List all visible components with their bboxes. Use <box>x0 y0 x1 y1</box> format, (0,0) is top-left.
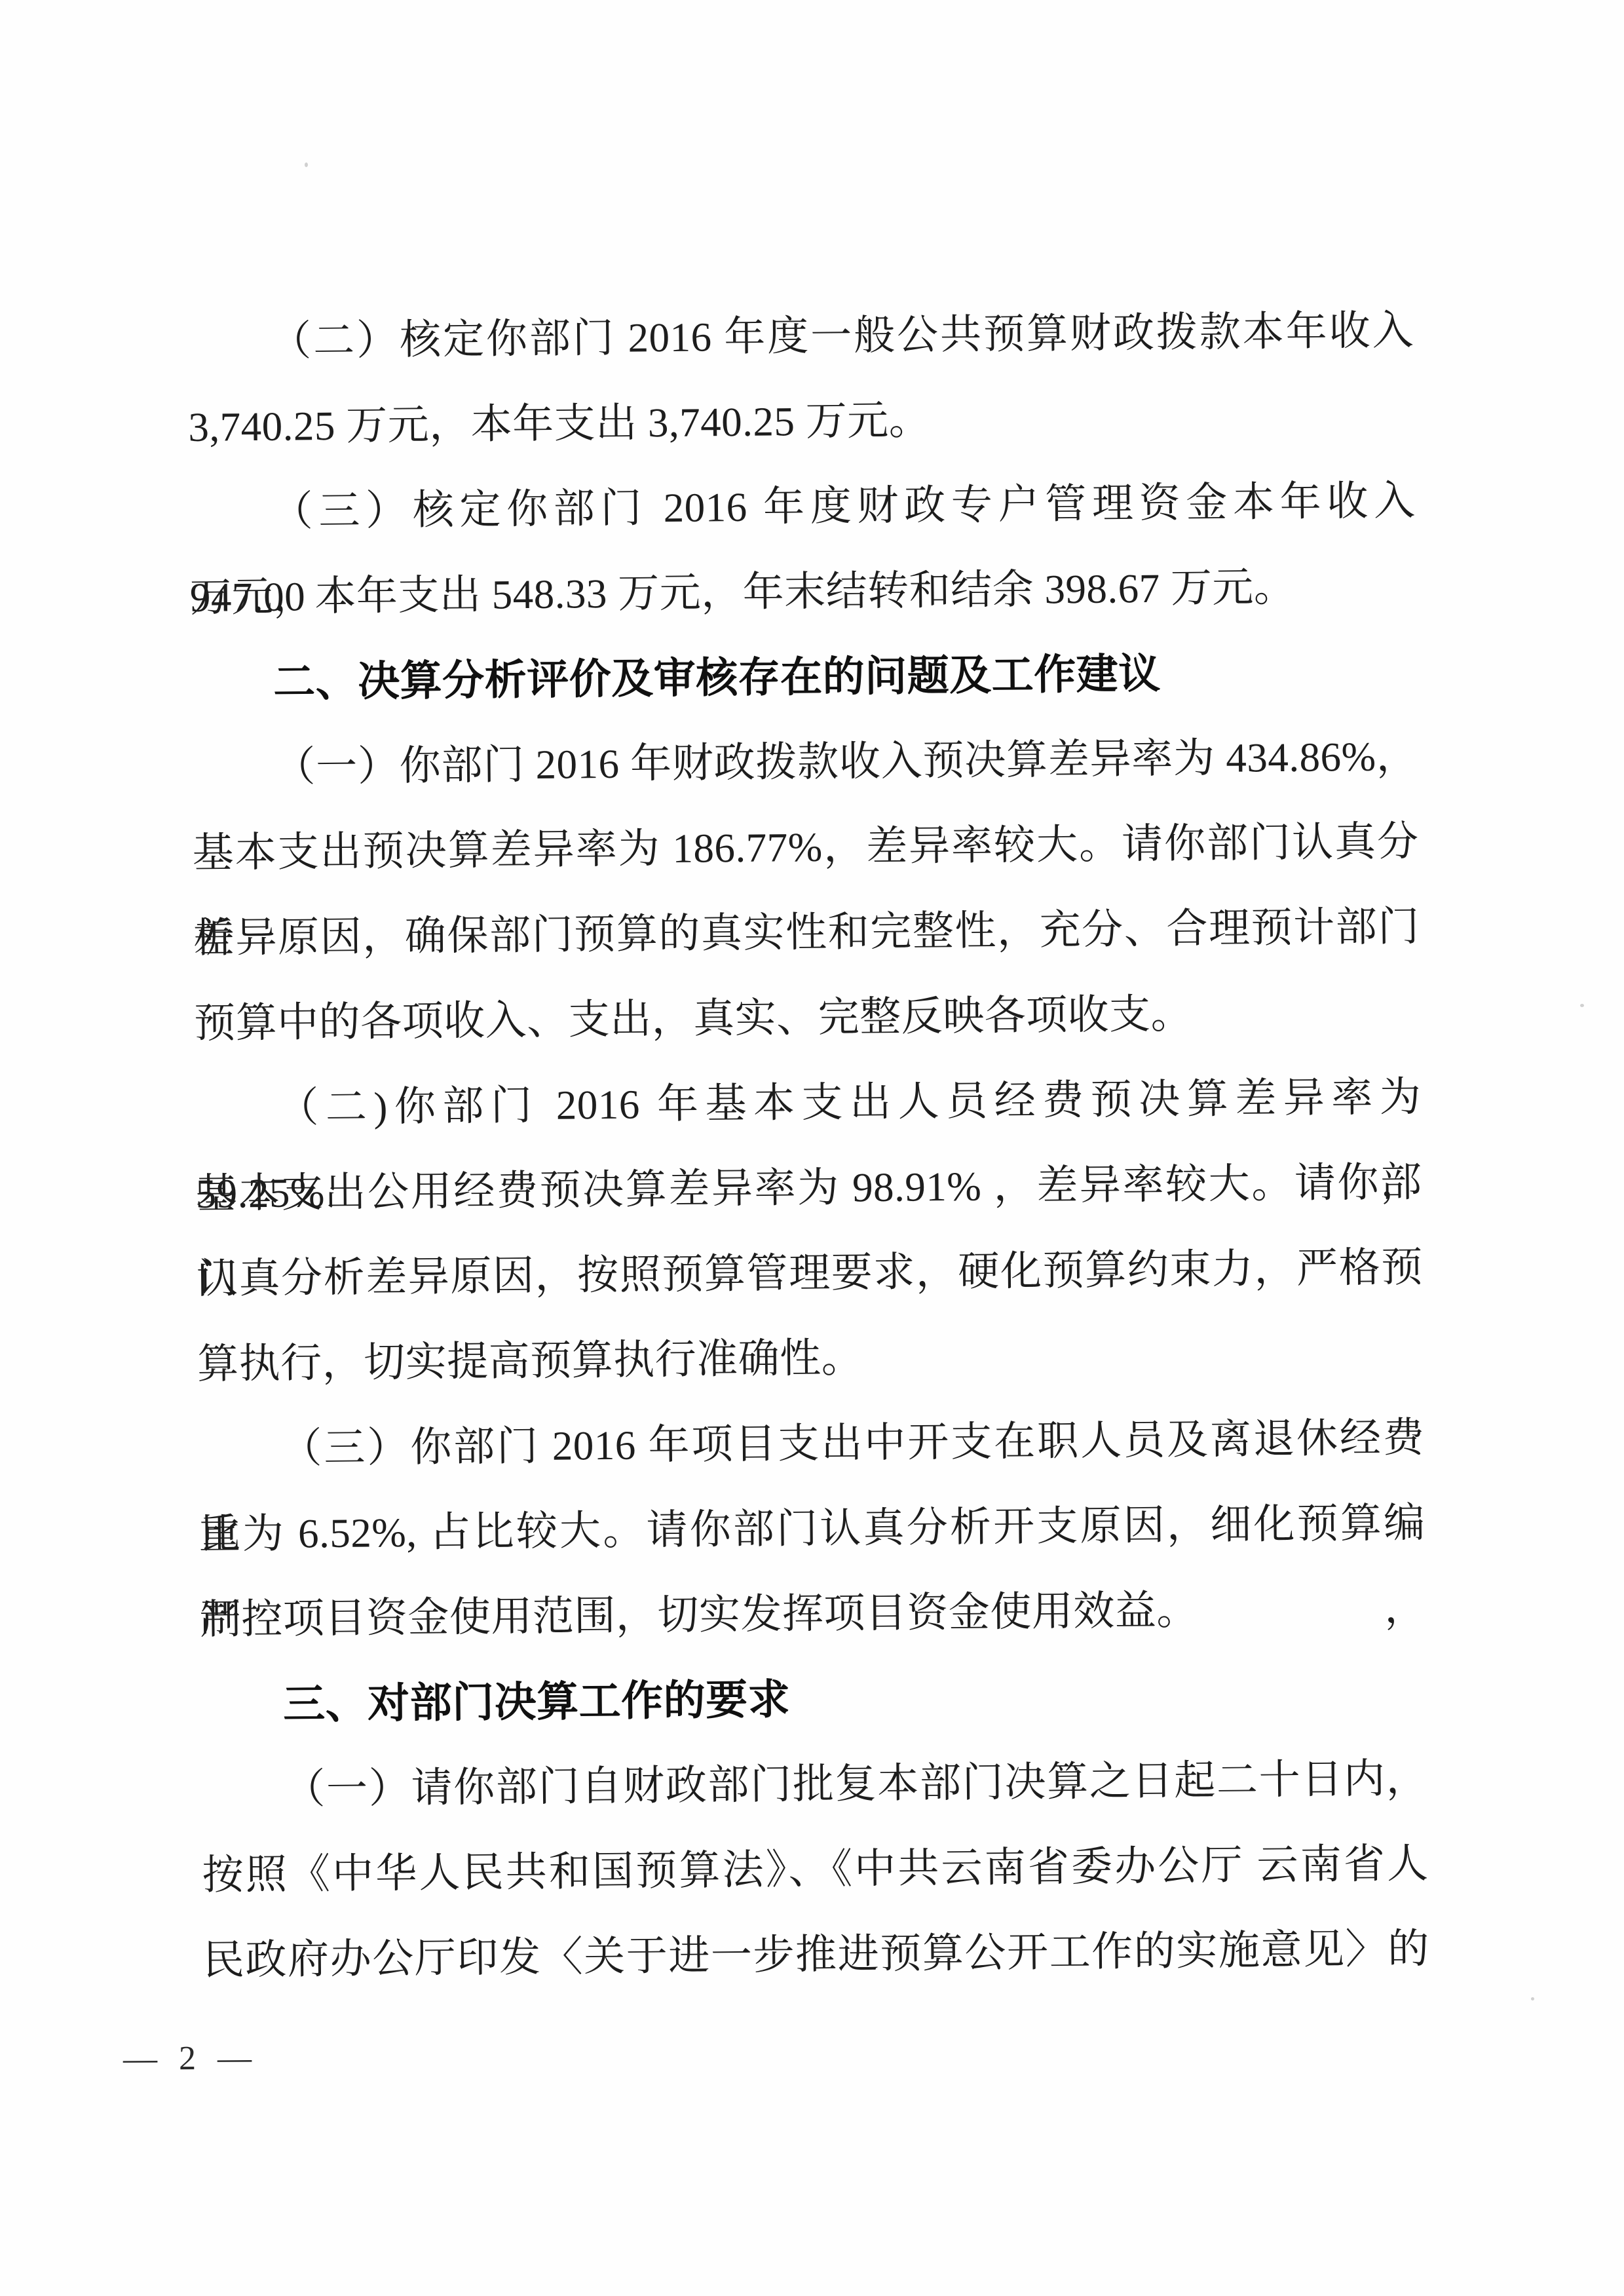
section-heading: 三、对部门决算工作的要求 <box>200 1651 1427 1748</box>
text-line: （二）核定你部门 2016 年度一般公共预算财政拨款本年收入 <box>187 288 1414 385</box>
text-line: 基本支出预决算差异率为 186.77%，差异率较大。请你部门认真分析 <box>192 799 1419 896</box>
text-line: 按照《中华人民共和国预算法》、《中共云南省委办公厅 云南省人 <box>202 1821 1429 1918</box>
text-line: （三）核定你部门 2016 年度财政专户管理资金本年收入 947.00 <box>189 458 1416 555</box>
page-number: — 2 — <box>123 2038 258 2078</box>
section-heading: 二、决算分析评价及审核存在的问题及工作建议 <box>191 628 1418 725</box>
text-line: 认真分析差异原因，按照预算管理要求，硬化预算约束力，严格预 <box>196 1225 1423 1322</box>
text-line: （二)你部门 2016 年基本支出人员经费预决算差异率为 59.25%， <box>195 1054 1422 1151</box>
text-line: （一）请你部门自财政部门批复本部门决算之日起二十日内， <box>201 1736 1428 1833</box>
scan-speck <box>1580 1004 1584 1007</box>
text-line: 重为 6.52%, 占比较大。请你部门认真分析开支原因，细化预算编制， <box>198 1480 1426 1577</box>
document-body: （二）核定你部门 2016 年度一般公共预算财政拨款本年收入 3,740.25 … <box>187 288 1430 2003</box>
text-line: 算执行，切实提高预算执行准确性。 <box>197 1310 1424 1407</box>
text-line: （三）你部门 2016 年项目支出中开支在职人员及离退休经费比 <box>198 1395 1425 1492</box>
text-line: 基本支出公用经费预决算差异率为 98.91% ，差异率较大。请你部门 <box>195 1139 1422 1236</box>
document-page: （二）核定你部门 2016 年度一般公共预算财政拨款本年收入 3,740.25 … <box>0 0 1624 2296</box>
text-line: 差异原因，确保部门预算的真实性和完整性，充分、合理预计部门 <box>193 884 1420 981</box>
scan-speck <box>305 163 308 167</box>
text-line: （一）你部门 2016 年财政拨款收入预决算差异率为 434.86%， <box>191 714 1418 811</box>
text-line: 预算中的各项收入、支出，真实、完整反映各项收支。 <box>194 969 1421 1066</box>
text-line: 3,740.25 万元，本年支出 3,740.25 万元。 <box>188 373 1415 470</box>
text-line: 民政府办公厅印发〈关于进一步推进预算公开工作的实施意见〉的 <box>202 1906 1429 2003</box>
scan-speck <box>1531 1997 1534 2000</box>
text-line: 万元，本年支出 548.33 万元，年末结转和结余 398.67 万元。 <box>189 543 1416 640</box>
